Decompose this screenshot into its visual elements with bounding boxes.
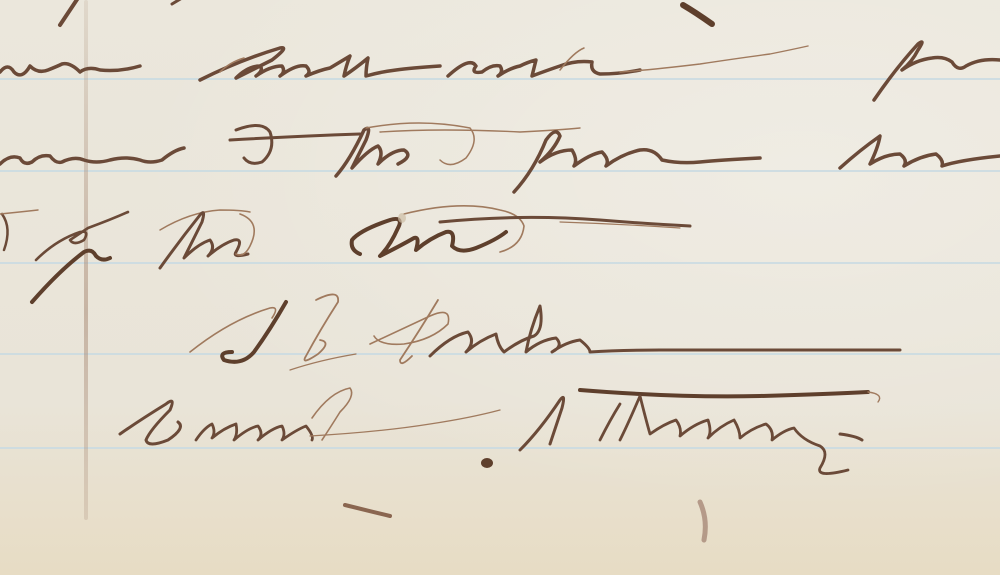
ink-blot (481, 458, 493, 468)
handwriting-strokes (0, 0, 1000, 575)
line-1-strokes (0, 42, 1000, 100)
signature-strokes (190, 294, 900, 370)
document-page: ...use made and pro... ...ainst the peac… (0, 0, 1000, 575)
title-strokes (120, 388, 880, 474)
line-3-strokes (0, 206, 690, 302)
line-2-strokes (0, 123, 1000, 192)
